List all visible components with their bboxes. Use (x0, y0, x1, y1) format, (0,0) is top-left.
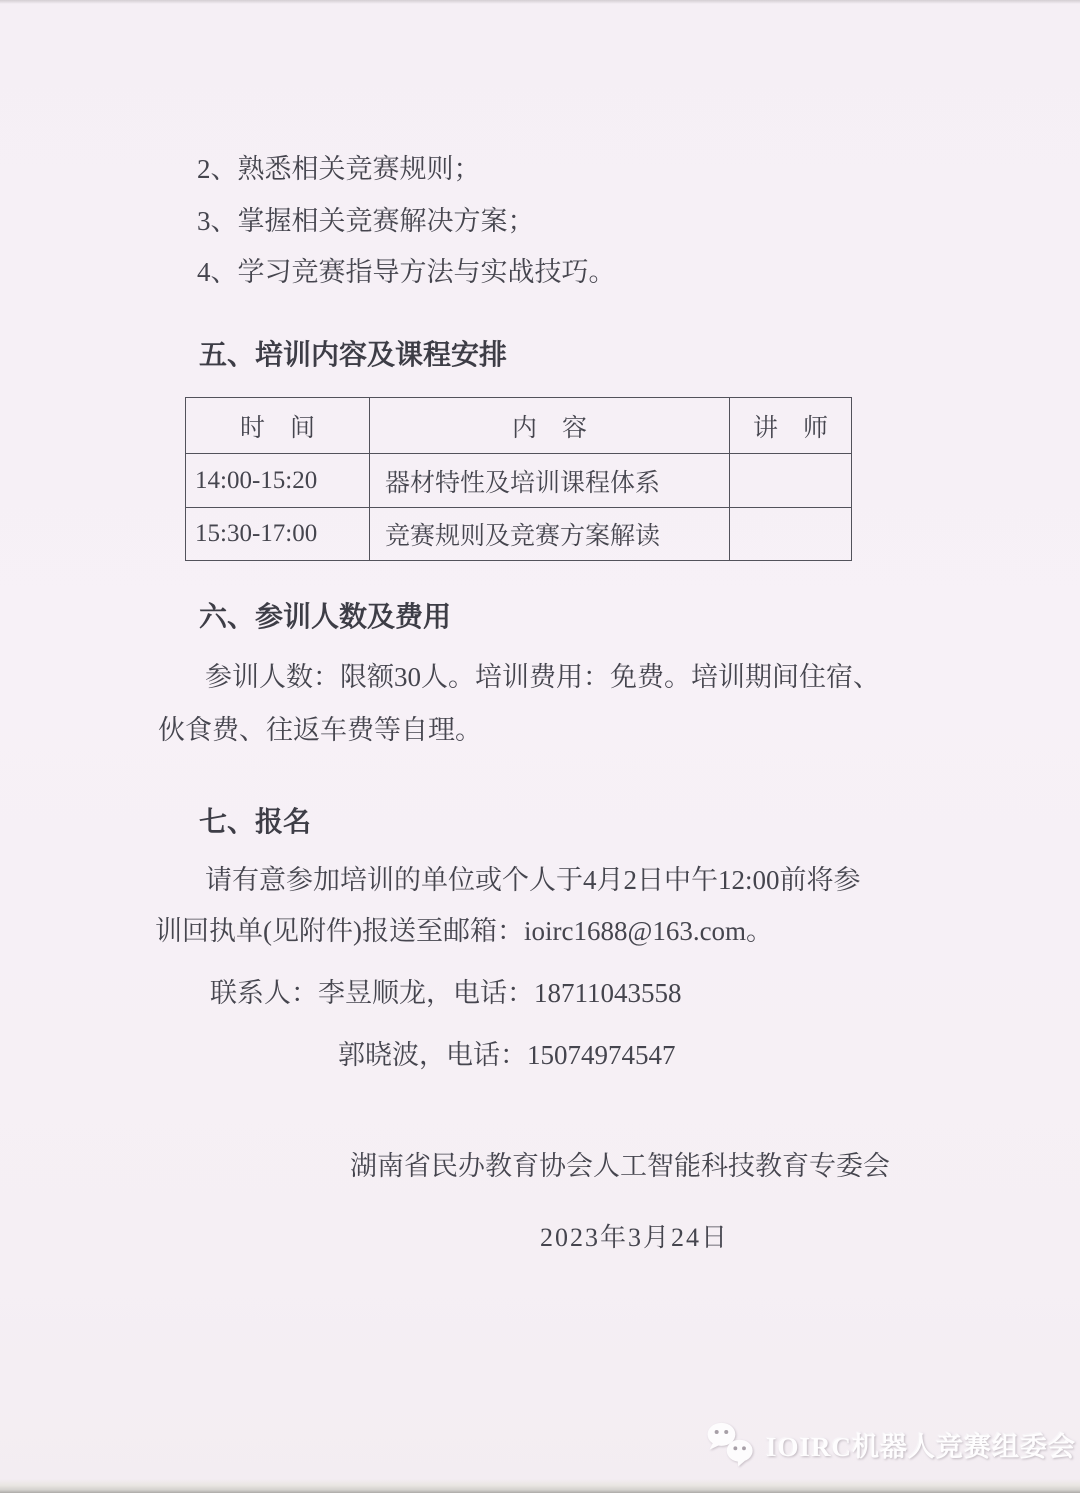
table-header-content: 内 容 (370, 398, 730, 454)
table-cell-content: 器材特性及培训课程体系 (370, 454, 730, 508)
list-item: 4、学习竞赛指导方法与实战技巧。 (197, 256, 616, 290)
paragraph-line-email: 训回执单(见附件)报送至邮箱：ioirc1688@163.com。 (155, 915, 773, 949)
contact-line-primary: 联系人：李昱顺龙，电话：18711043558 (210, 977, 682, 1011)
table-row: 15:30-17:00 竞赛规则及竞赛方案解读 (186, 508, 852, 561)
table-cell-time: 15:30-17:00 (186, 508, 370, 561)
table-header-row: 时 间 内 容 讲 师 (186, 398, 852, 454)
table-cell-lecturer (730, 454, 852, 508)
watermark-label: IOIRC机器人竞赛组委会 (766, 1425, 1076, 1464)
table-row: 14:00-15:20 器材特性及培训课程体系 (186, 454, 852, 508)
signature-date: 2023年3月24日 (540, 1222, 729, 1255)
scanned-document-page: 2、熟悉相关竞赛规则； 3、掌握相关竞赛解决方案； 4、学习竞赛指导方法与实战技… (0, 0, 1080, 1493)
footer-watermark: IOIRC机器人竞赛组委会 (706, 1420, 1076, 1468)
wechat-icon (706, 1421, 758, 1467)
table-header-lecturer: 讲 师 (730, 398, 852, 454)
scan-bottom-edge (0, 1479, 1080, 1493)
section-heading-participants-fee: 六、参训人数及费用 (199, 600, 451, 635)
paragraph-line: 请有意参加培训的单位或个人于4月2日中午12:00前将参 (205, 864, 861, 898)
table-header-time: 时 间 (186, 398, 370, 454)
section-heading-registration: 七、报名 (199, 805, 311, 840)
paragraph-line: 伙食费、往返车费等自理。 (158, 714, 482, 748)
list-item: 3、掌握相关竞赛解决方案； (197, 205, 535, 239)
table-cell-content: 竞赛规则及竞赛方案解读 (370, 508, 730, 561)
list-item: 2、熟悉相关竞赛规则； (197, 153, 481, 187)
section-heading-training-content: 五、培训内容及课程安排 (199, 338, 507, 373)
signature-organization: 湖南省民办教育协会人工智能科技教育专委会 (350, 1150, 890, 1184)
scan-top-edge (0, 0, 1080, 4)
paragraph-line: 参训人数：限额30人。培训费用：免费。培训期间住宿、 (205, 661, 880, 695)
training-schedule-table: 时 间 内 容 讲 师 14:00-15:20 器材特性及培训课程体系 15:3… (185, 397, 852, 561)
contact-line-secondary: 郭晓波，电话：15074974547 (338, 1039, 676, 1073)
table-cell-lecturer (730, 508, 852, 561)
table-cell-time: 14:00-15:20 (186, 454, 370, 508)
